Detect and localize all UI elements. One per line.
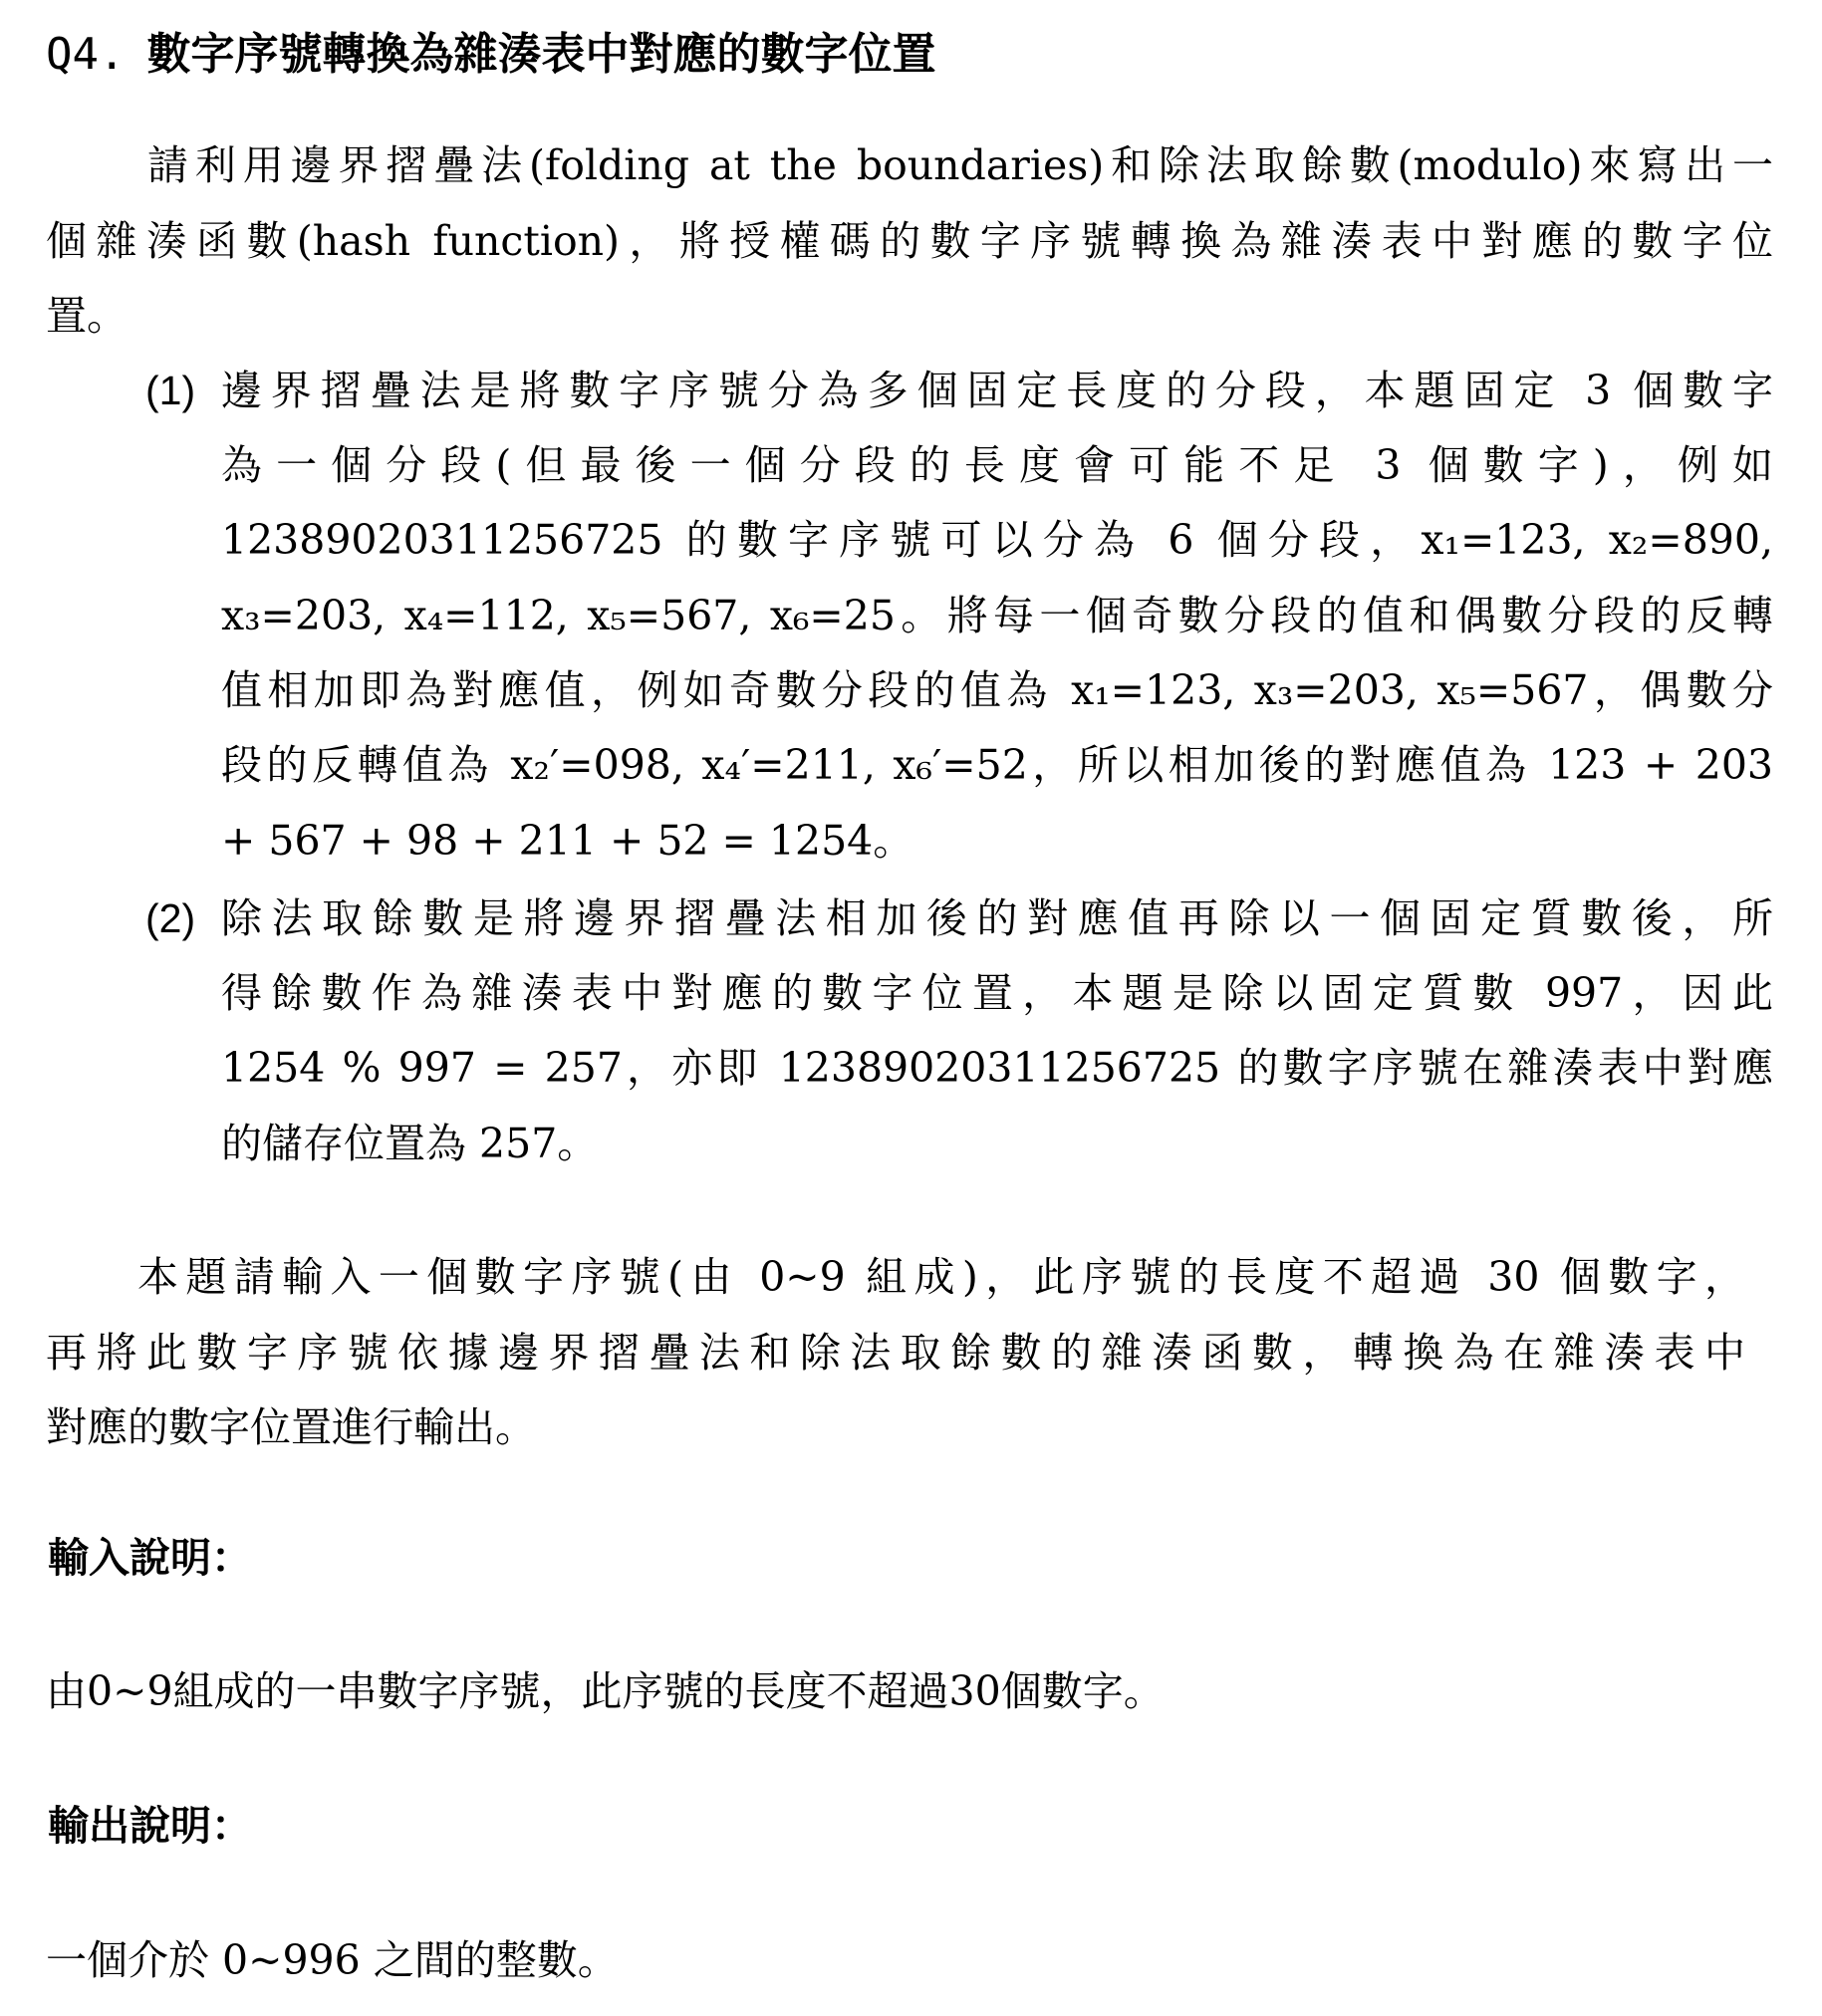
- item1-line-6: 段的反轉值為 x₂′=098, x₄′=211, x₆′=52，所以相加後的對應…: [221, 737, 1773, 793]
- task-line-3: 對應的數字位置進行輸出。: [46, 1399, 536, 1455]
- item1-line-5: 值相加即為對應值，例如奇數分段的值為 x₁=123, x₃=203, x₅=56…: [221, 662, 1773, 718]
- item1-line-4: x₃=203, x₄=112, x₅=567, x₆=25。將每一個奇數分段的值…: [221, 588, 1773, 643]
- item2-line-1: 除法取餘數是將邊界摺疊法相加後的對應值再除以一個固定質數後，所: [221, 890, 1773, 946]
- list-marker-2: (2): [145, 890, 195, 946]
- input-description: 由0~9組成的一串數字序號，此序號的長度不超過30個數字。: [46, 1663, 1165, 1719]
- list-marker-1: (1): [145, 363, 195, 418]
- item1-line-7: + 567 + 98 + 211 + 52 = 1254。: [221, 813, 913, 869]
- item1-line-1: 邊界摺疊法是將數字序號分為多個固定長度的分段，本題固定 3 個數字: [221, 363, 1773, 418]
- item1-line-2: 為一個分段(但最後一個分段的長度會可能不足 3 個數字)，例如: [221, 437, 1773, 493]
- item2-line-4: 的儲存位置為 257。: [221, 1116, 598, 1171]
- item2-line-2: 得餘數作為雜湊表中對應的數字位置，本題是除以固定質數 997，因此: [221, 965, 1773, 1021]
- item2-line-3: 1254 % 997 = 257，亦即 12389020311256725 的數…: [221, 1040, 1773, 1096]
- item1-line-3: 12389020311256725 的數字序號可以分為 6 個分段，x₁=123…: [221, 512, 1773, 568]
- question-title: 數字序號轉換為雜湊表中對應的數字位置: [146, 29, 935, 80]
- input-heading: 輸入說明：: [48, 1530, 252, 1586]
- intro-line-1: 請利用邊界摺疊法(folding at the boundaries)和除法取餘…: [147, 137, 1773, 193]
- intro-line-2: 個雜湊函數(hash function)，將授權碼的數字序號轉換為雜湊表中對應的…: [46, 213, 1773, 269]
- output-heading: 輸出說明：: [48, 1798, 252, 1854]
- intro-line-3: 置。: [46, 288, 128, 344]
- question-number: Q4.: [46, 29, 125, 80]
- page-title: Q4.數字序號轉換為雜湊表中對應的數字位置: [46, 27, 935, 83]
- task-line-2: 再將此數字序號依據邊界摺疊法和除法取餘數的雜湊函數，轉換為在雜湊表中: [46, 1325, 1745, 1381]
- output-description: 一個介於 0~996 之間的整數。: [46, 1932, 619, 1988]
- task-line-1: 本題請輸入一個數字序號(由 0~9 組成)，此序號的長度不超過 30 個數字，: [137, 1249, 1745, 1305]
